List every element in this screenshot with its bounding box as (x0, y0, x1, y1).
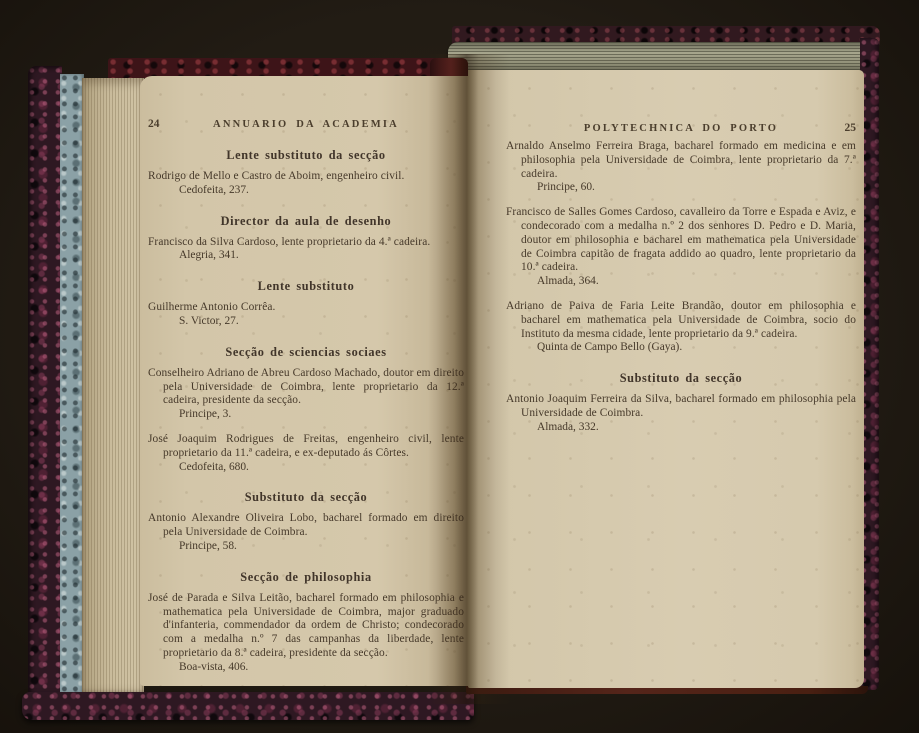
directory-entry: Adriano de Paiva de Faria Leite Brandão,… (506, 300, 856, 355)
directory-entry: José de Parada e Silva Leitão, bacharel … (148, 592, 464, 675)
running-head: POLYTECHNICA DO PORTO (532, 123, 830, 134)
page-number: 24 (148, 118, 174, 130)
page-header: 24 ANNUARIO DA ACADEMIA (148, 118, 464, 130)
directory-entry: Conselheiro Adriano de Abreu Cardoso Mac… (148, 367, 464, 422)
entry-text: Francisco de Salles Gomes Cardoso, caval… (506, 206, 856, 275)
entry-text: José Joaquim Rodrigues de Freitas, engen… (148, 433, 464, 461)
entry-address: S. Victor, 27. (148, 315, 464, 329)
entry-address: Almada, 364. (506, 275, 856, 289)
entry-address: Principe, 3. (148, 408, 464, 422)
section-heading: Secção de sciencias sociaes (148, 345, 464, 360)
entry-text: Guilherme Antonio Corrêa. (148, 301, 464, 315)
page-number: 25 (830, 122, 856, 134)
section-heading: Lente substituto (148, 279, 464, 294)
section-heading: Secção de philosophia (148, 570, 464, 585)
left-page-sections: Lente substituto da secçãoRodrigo de Mel… (148, 148, 464, 675)
page-header: POLYTECHNICA DO PORTO 25 (506, 122, 856, 134)
entry-address: Principe, 60. (506, 181, 856, 195)
directory-entry: Guilherme Antonio Corrêa.S. Victor, 27. (148, 301, 464, 329)
entry-text: Francisco da Silva Cardoso, lente propri… (148, 236, 464, 250)
entry-text: Antonio Joaquim Ferreira da Silva, bacha… (506, 393, 856, 421)
entry-address: Cedofeita, 680. (148, 461, 464, 475)
entry-text: Antonio Alexandre Oliveira Lobo, bachare… (148, 512, 464, 540)
directory-entry: Antonio Joaquim Ferreira da Silva, bacha… (506, 393, 856, 434)
right-page: POLYTECHNICA DO PORTO 25 Arnaldo Anselmo… (468, 70, 864, 688)
directory-entry: José Joaquim Rodrigues de Freitas, engen… (148, 433, 464, 474)
entry-text: José de Parada e Silva Leitão, bacharel … (148, 592, 464, 661)
entry-address: Almada, 332. (506, 421, 856, 435)
entry-address: Cedofeita, 237. (148, 184, 464, 198)
right-page-sections: Arnaldo Anselmo Ferreira Braga, bacharel… (506, 140, 856, 435)
directory-entry: Francisco de Salles Gomes Cardoso, caval… (506, 206, 856, 289)
left-marbled-endpaper-edge (60, 74, 84, 704)
left-page: 24 ANNUARIO DA ACADEMIA Lente substituto… (140, 76, 470, 686)
section-heading: Director da aula de desenho (148, 214, 464, 229)
right-page-block-top-edge (448, 42, 872, 73)
entry-text: Arnaldo Anselmo Ferreira Braga, bacharel… (506, 140, 856, 181)
directory-entry: Rodrigo de Mello e Castro de Aboim, enge… (148, 170, 464, 198)
bottom-cover-marble-edge (22, 692, 474, 720)
entry-address: Alegria, 341. (148, 249, 464, 263)
directory-entry: Antonio Alexandre Oliveira Lobo, bachare… (148, 512, 464, 553)
running-head: ANNUARIO DA ACADEMIA (174, 119, 438, 130)
section-heading: Substituto da secção (506, 371, 856, 386)
entry-text: Rodrigo de Mello e Castro de Aboim, enge… (148, 170, 464, 184)
book-scan: 24 ANNUARIO DA ACADEMIA Lente substituto… (0, 0, 919, 733)
section-heading: Lente substituto da secção (148, 148, 464, 163)
left-page-fore-edge-stack (82, 78, 144, 698)
entry-address: Principe, 58. (148, 540, 464, 554)
section-heading: Substituto da secção (148, 490, 464, 505)
entry-address: Boa-vista, 406. (148, 661, 464, 675)
entry-text: Conselheiro Adriano de Abreu Cardoso Mac… (148, 367, 464, 408)
entry-text: Adriano de Paiva de Faria Leite Brandão,… (506, 300, 856, 341)
left-cover-marble-edge (28, 66, 62, 712)
entry-address: Quinta de Campo Bello (Gaya). (506, 341, 856, 355)
directory-entry: Francisco da Silva Cardoso, lente propri… (148, 236, 464, 264)
directory-entry: Arnaldo Anselmo Ferreira Braga, bacharel… (506, 140, 856, 195)
